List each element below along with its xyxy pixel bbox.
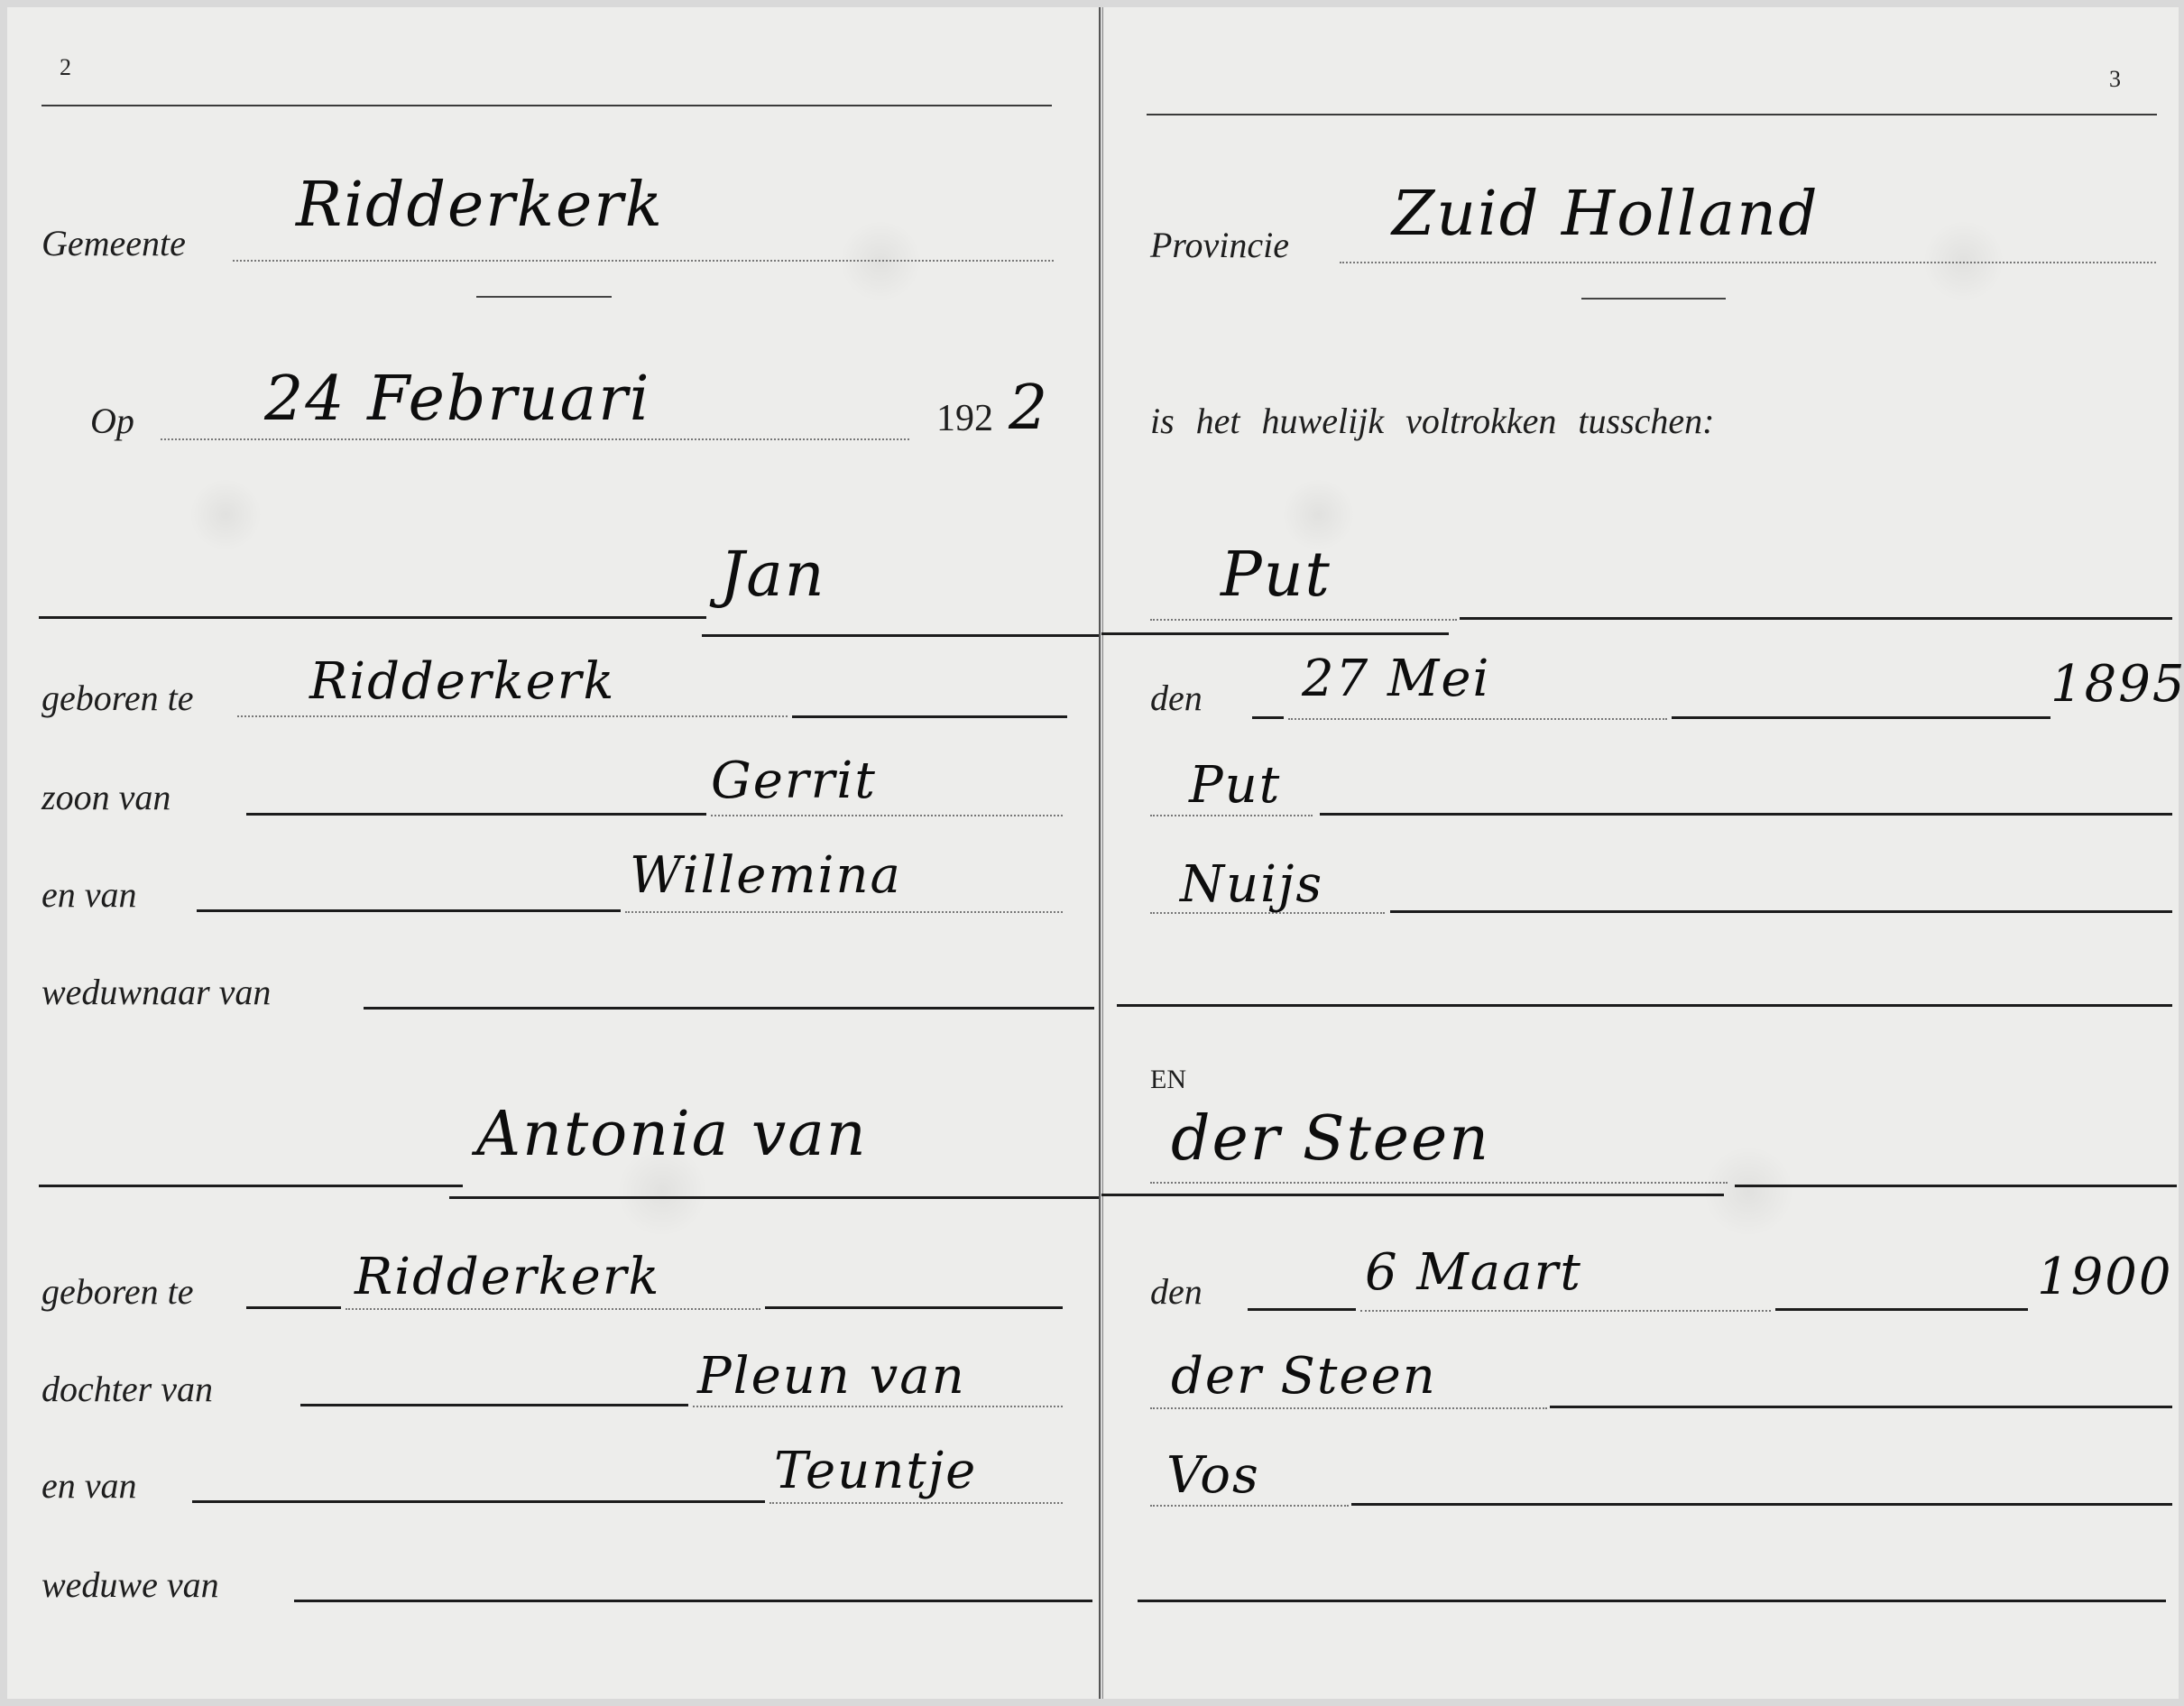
bride-father-value: Pleun van — [697, 1347, 966, 1406]
groom-birthdate-value: 27 Mei — [1302, 650, 1490, 708]
groom-surname-fill-line — [1460, 617, 2172, 620]
page-number: 3 — [2109, 66, 2121, 93]
bride-birthplace-fill-line — [765, 1306, 1063, 1309]
bride-birthdate-fill-line — [1775, 1308, 2028, 1311]
bride-birthplace-label: geboren te — [41, 1270, 193, 1313]
intro-text: is het huwelijk voltrokken tusschen: — [1150, 400, 1714, 442]
bride-birthplace-pre-line — [246, 1306, 341, 1309]
groom-birthplace-fill-line — [792, 715, 1067, 718]
bride-birthdate-dotted — [1360, 1310, 1771, 1312]
groom-father-surname: Put — [1189, 756, 1281, 815]
header-rule — [41, 105, 1052, 106]
groom-father-value: Gerrit — [711, 752, 877, 810]
groom-father-surname-dotted — [1150, 815, 1313, 816]
groom-birthdate-dotted — [1288, 718, 1667, 720]
bride-mother-label: en van — [41, 1464, 137, 1507]
bride-father-dotted — [693, 1406, 1063, 1407]
bride-surname-fill-line — [1735, 1185, 2177, 1187]
groom-birthdate-pre-line — [1252, 716, 1284, 719]
groom-father-label: zoon van — [41, 776, 170, 818]
bride-name-line — [39, 1185, 463, 1187]
bride-mother-surname: Vos — [1166, 1446, 1260, 1505]
bride-mother-dotted — [769, 1502, 1063, 1504]
bride-father-surname-fill-line — [1550, 1406, 2172, 1408]
marriage-booklet-spread: 2 Gemeente Ridderkerk Op 24 Februari 192… — [0, 0, 2184, 1706]
bride-surname-underline — [1101, 1194, 1724, 1196]
section-divider — [476, 296, 612, 298]
groom-birthdate-label: den — [1150, 677, 1203, 719]
groom-mother-dotted — [625, 911, 1063, 913]
bride-widow-cont-line — [1138, 1600, 2166, 1602]
bride-mother-surname-dotted — [1150, 1505, 1349, 1507]
year-suffix: 2 — [1009, 373, 1049, 444]
provincie-dotted-line — [1340, 262, 2156, 263]
groom-father-dotted — [711, 815, 1063, 816]
groom-name-line — [39, 616, 706, 619]
bride-birthdate-value: 6 Maart — [1365, 1243, 1582, 1302]
date-label: Op — [90, 400, 134, 442]
year-prefix: 192 — [936, 397, 993, 440]
section-divider — [1581, 298, 1726, 300]
header-rule — [1147, 114, 2157, 115]
bride-mother-surname-fill-line — [1351, 1503, 2172, 1506]
bride-father-label: dochter van — [41, 1368, 213, 1410]
groom-father-surname-fill-line — [1320, 813, 2172, 816]
bride-widow-label: weduwe van — [41, 1563, 219, 1606]
groom-surname-underline — [1101, 632, 1449, 635]
gemeente-dotted-line — [233, 260, 1054, 262]
gemeente-label: Gemeente — [41, 222, 186, 264]
groom-birthplace-dotted — [237, 715, 788, 717]
groom-birth-year: 1895 — [2050, 655, 2184, 714]
groom-surname: Put — [1221, 539, 1332, 611]
groom-first-name: Jan — [720, 539, 826, 611]
bride-birthdate-pre-line — [1248, 1308, 1356, 1311]
bride-father-fill-line — [300, 1404, 688, 1406]
bride-father-surname: der Steen — [1171, 1347, 1437, 1406]
groom-birthplace-label: geboren te — [41, 677, 193, 719]
bride-birthplace-dotted — [346, 1308, 760, 1310]
marriage-date-value: 24 Februari — [264, 364, 650, 435]
bride-name-underline — [449, 1196, 1099, 1199]
right-page: 3 Provincie Zuid Holland is het huwelijk… — [1102, 7, 2179, 1699]
bride-father-surname-dotted — [1150, 1407, 1547, 1409]
groom-surname-dotted — [1150, 619, 1457, 621]
groom-birthplace-value: Ridderkerk — [309, 652, 615, 711]
groom-mother-surname-fill-line — [1390, 910, 2172, 913]
bride-birthplace-value: Ridderkerk — [355, 1248, 660, 1306]
left-page: 2 Gemeente Ridderkerk Op 24 Februari 192… — [7, 7, 1101, 1699]
groom-widower-label: weduwnaar van — [41, 971, 271, 1013]
groom-name-underline — [702, 634, 1099, 637]
groom-mother-surname: Nuijs — [1180, 855, 1323, 914]
gemeente-value: Ridderkerk — [296, 170, 664, 241]
bride-surname-dotted — [1150, 1182, 1728, 1184]
groom-birthdate-fill-line — [1672, 716, 2050, 719]
page-number: 2 — [60, 54, 71, 81]
provincie-label: Provincie — [1150, 224, 1289, 266]
groom-widower-fill-line — [364, 1007, 1094, 1010]
date-dotted-line — [161, 438, 909, 440]
groom-father-fill-line — [246, 813, 706, 816]
bride-widow-fill-line — [294, 1600, 1092, 1602]
bride-birthdate-label: den — [1150, 1270, 1203, 1313]
groom-mother-value: Willemina — [630, 846, 902, 905]
bride-first-name: Antonia van — [476, 1099, 868, 1170]
groom-mother-fill-line — [197, 909, 621, 912]
groom-mother-label: en van — [41, 873, 137, 916]
bride-surname: der Steen — [1171, 1103, 1490, 1175]
bride-birth-year: 1900 — [2037, 1248, 2173, 1306]
conjunction-en: EN — [1150, 1065, 1186, 1095]
bride-mother-value: Teuntje — [774, 1442, 977, 1500]
bride-mother-fill-line — [192, 1500, 765, 1503]
provincie-value: Zuid Holland — [1392, 179, 1820, 250]
groom-widower-cont-line — [1117, 1004, 2172, 1007]
